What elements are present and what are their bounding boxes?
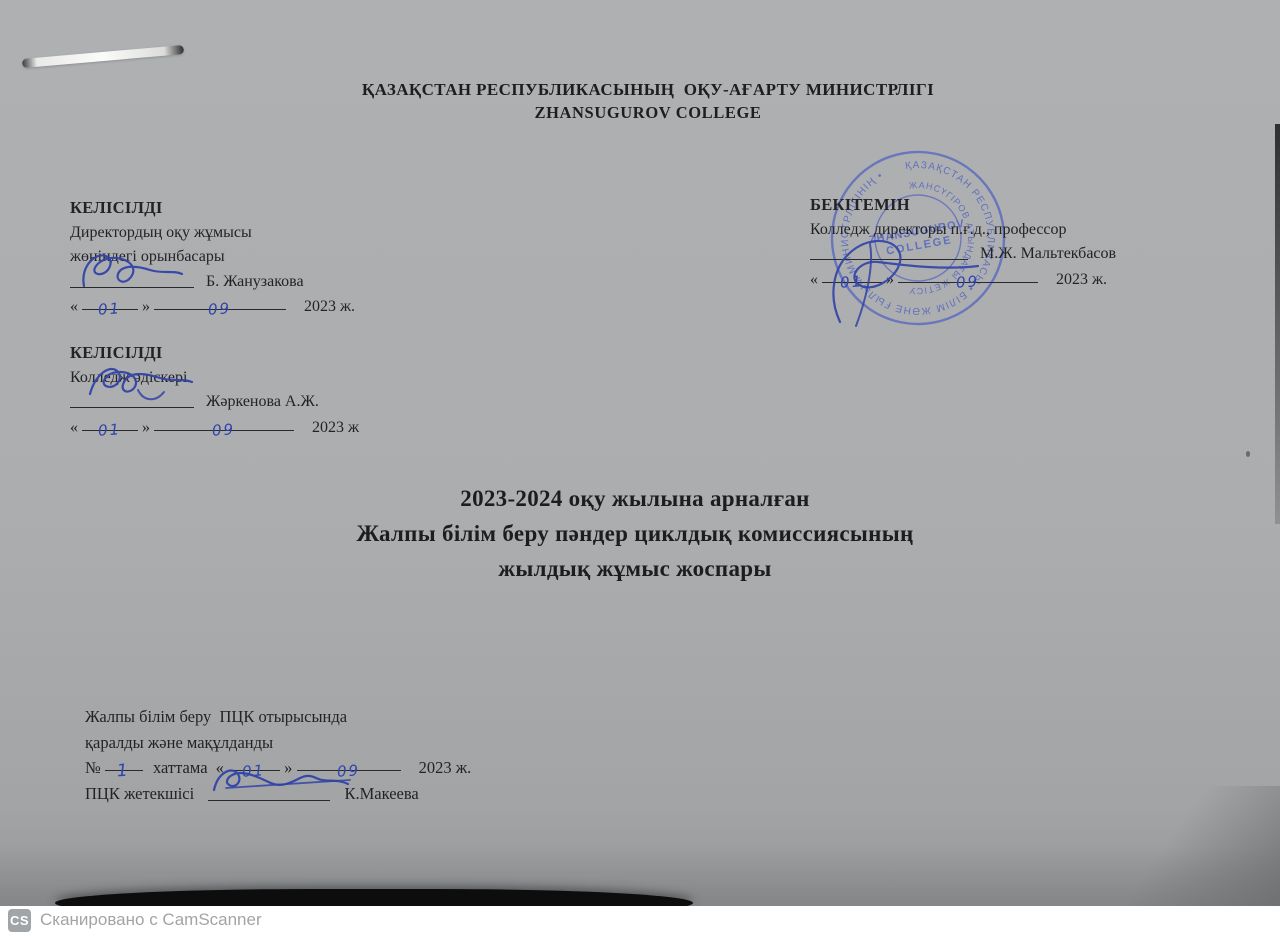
signature-name-line: Жәркенова А.Ж.: [70, 390, 359, 415]
director-name: М.Ж. Мальтекбасов: [980, 245, 1116, 262]
deputy-name: Б. Жанузакова: [206, 273, 304, 290]
document-main-title: 2023-2024 оқу жылына арналған Жалпы білі…: [0, 481, 1275, 586]
protocol-line2: қаралды және мақұлданды: [85, 730, 471, 756]
guillemet-close: »: [886, 271, 894, 288]
camscanner-logo: CS: [8, 909, 31, 932]
title-line1: 2023-2024 оқу жылына арналған: [0, 481, 1275, 516]
approval-block-deputy-director: КЕЛІСІЛДІ Директордың оқу жұмысы жөнінде…: [70, 196, 355, 320]
methodist-role-line: Колледж әдіскері: [70, 366, 359, 391]
khattama-label: хаттама: [153, 758, 208, 777]
scanned-document-page: ҚАЗАҚСТАН РЕСПУБЛИКАСЫНЫҢ ОҚУ-АҒАРТУ МИН…: [0, 0, 1280, 936]
guillemet-close: »: [142, 298, 150, 315]
title-line3: жылдық жұмыс жоспары: [0, 551, 1275, 586]
signature-line: [70, 272, 194, 288]
handwritten-month: 09: [212, 417, 237, 443]
day-line: 01: [822, 267, 882, 283]
protocol-leader-line: ПЦК жетекшісі К.Макеева: [85, 781, 471, 807]
protocol-approval-block: Жалпы білім беру ПЦК отырысында қаралды …: [85, 704, 471, 806]
deputy-role-line2: жөніндегі орынбасары: [70, 245, 355, 270]
leader-label: ПЦК жетекшісі: [85, 784, 194, 803]
protocol-number-line: № 1 хаттама « 01 » 09 2023 ж.: [85, 755, 471, 781]
guillemet-close: »: [284, 758, 292, 777]
approval-block-methodist: КЕЛІСІЛДІ Колледж әдіскері Жәркенова А.Ж…: [70, 341, 359, 440]
ministry-title: ҚАЗАҚСТАН РЕСПУБЛИКАСЫНЫҢ ОҚУ-АҒАРТУ МИН…: [8, 80, 1280, 100]
director-role-line: Колледж директоры п.ғ.д., профессор: [810, 218, 1116, 243]
year-text: 2023 ж.: [419, 758, 472, 777]
leader-name: К.Макеева: [344, 784, 418, 803]
year-text: 2023 ж.: [304, 298, 355, 315]
month-line: 09: [898, 267, 1038, 283]
day-line: 01: [82, 294, 138, 310]
handwritten-month: 09: [336, 758, 361, 785]
signature-name-line: М.Ж. Мальтекбасов: [810, 242, 1116, 267]
camscanner-watermark-text: Сканировано с CamScanner: [40, 910, 262, 930]
college-title: ZHANSUGUROV COLLEGE: [8, 103, 1280, 123]
day-line: 01: [82, 415, 138, 431]
number-sign: №: [85, 758, 101, 777]
agreed-label: КЕЛІСІЛДІ: [70, 196, 355, 221]
agreed-label: КЕЛІСІЛДІ: [70, 341, 359, 366]
leader-signature-line: [208, 785, 330, 801]
guillemet-open: «: [810, 271, 818, 288]
title-line2: Жалпы білім беру пәндер циклдық комиссия…: [0, 516, 1275, 551]
guillemet-open: «: [216, 758, 224, 777]
date-line: « 01 » 09 2023 ж.: [810, 267, 1116, 293]
protocol-line1: Жалпы білім беру ПЦК отырысында: [85, 704, 471, 730]
signature-line: [70, 392, 194, 408]
handwritten-day: 01: [98, 296, 123, 322]
handwritten-protocol-no: 1: [117, 759, 132, 785]
scan-speck: [1246, 451, 1250, 457]
year-text: 2023 ж: [312, 419, 359, 436]
scan-page-edge-shadow: [1275, 124, 1280, 524]
guillemet-open: «: [70, 419, 78, 436]
guillemet-open: «: [70, 298, 78, 315]
methodist-name: Жәркенова А.Ж.: [206, 393, 319, 410]
scan-glare-streak: [22, 45, 184, 68]
month-line: 09: [154, 294, 286, 310]
year-text: 2023 ж.: [1056, 271, 1107, 288]
approval-block-director: БЕКІТЕМІН Колледж директоры п.ғ.д., проф…: [810, 193, 1116, 292]
document-header: ҚАЗАҚСТАН РЕСПУБЛИКАСЫНЫҢ ОҚУ-АҒАРТУ МИН…: [8, 80, 1280, 123]
camscanner-watermark-bar: CS Сканировано с CamScanner: [0, 906, 1280, 936]
protocol-no-line: 1: [105, 755, 143, 771]
handwritten-day: 01: [98, 417, 123, 443]
month-line: 09: [297, 755, 401, 771]
signature-line: [810, 244, 968, 260]
handwritten-month: 09: [208, 296, 233, 322]
guillemet-close: »: [142, 419, 150, 436]
signature-name-line: Б. Жанузакова: [70, 270, 355, 295]
handwritten-month: 09: [956, 269, 981, 295]
deputy-role-line1: Директордың оқу жұмысы: [70, 221, 355, 246]
date-line: « 01 » 09 2023 ж.: [70, 294, 355, 320]
date-line: « 01 » 09 2023 ж: [70, 415, 359, 441]
handwritten-day: 01: [242, 758, 267, 785]
month-line: 09: [154, 415, 294, 431]
approve-label: БЕКІТЕМІН: [810, 193, 1116, 218]
day-line: 01: [228, 755, 280, 771]
handwritten-day: 01: [840, 269, 865, 295]
